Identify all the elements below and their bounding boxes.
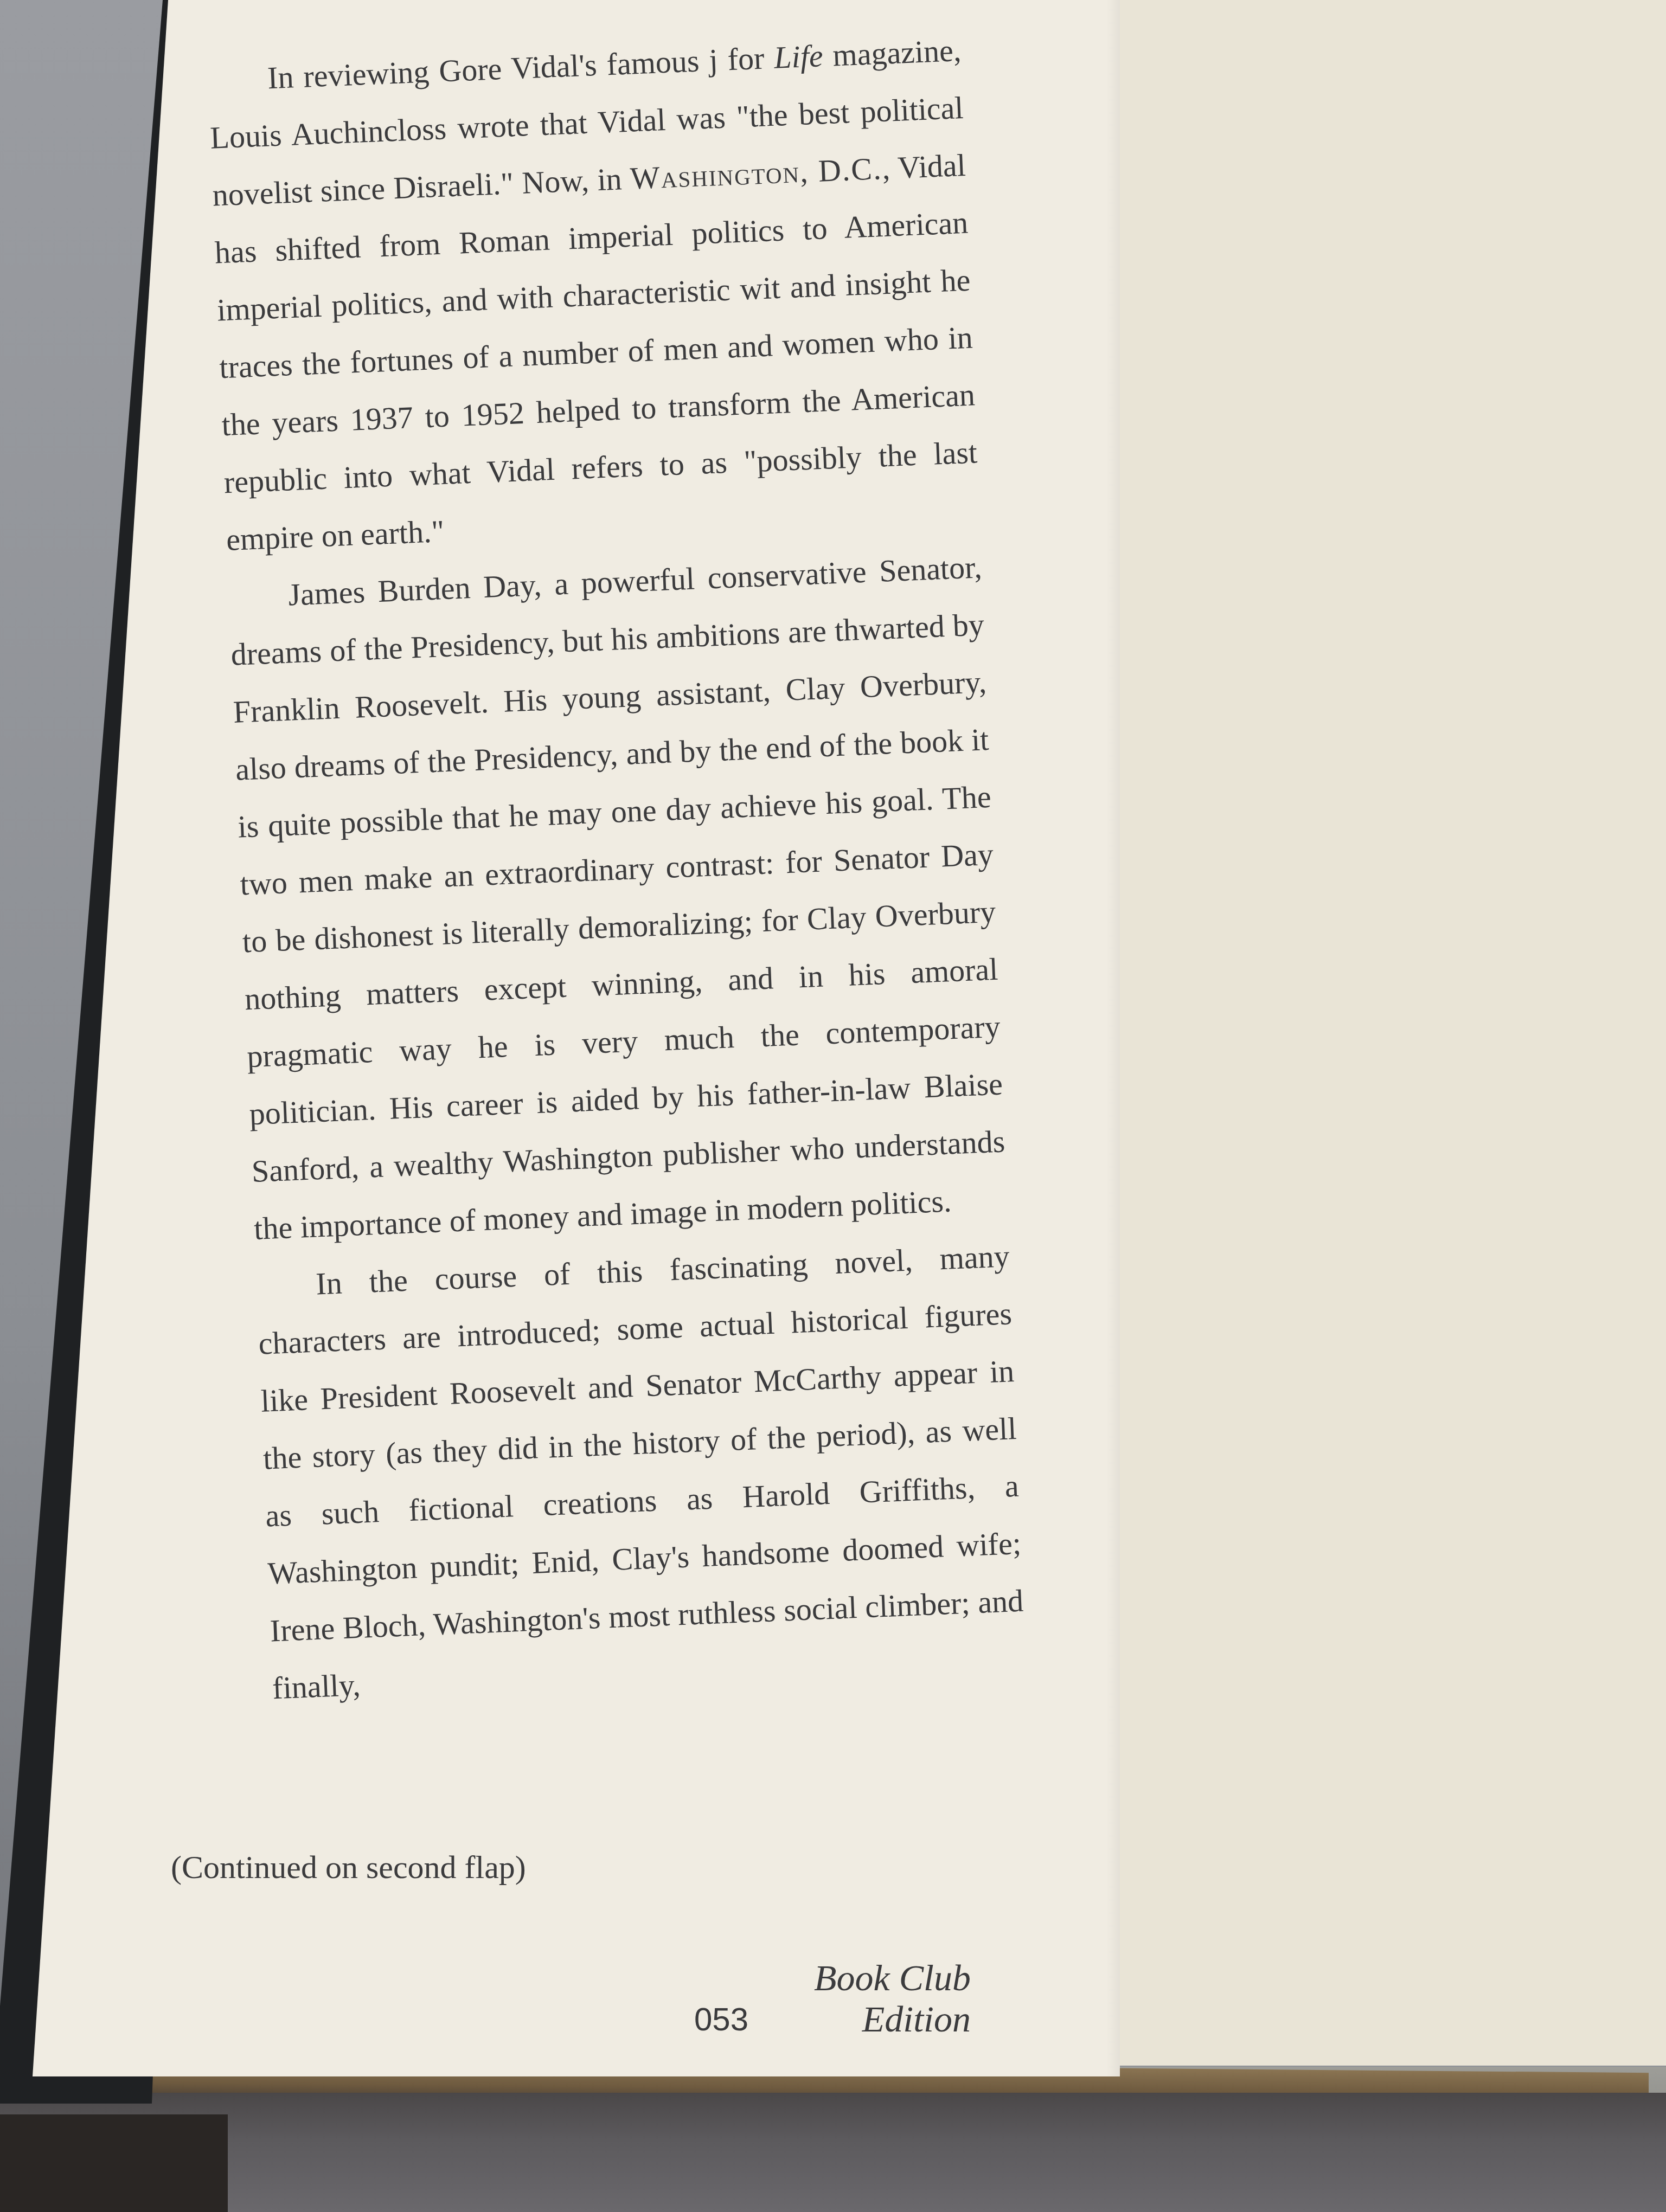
floor-surface xyxy=(0,2093,1666,2212)
book-club-line-1: Book Club xyxy=(689,1957,971,1998)
continued-note: (Continued on second flap) xyxy=(171,1849,526,1886)
text-segment: , Vidal has shifted from Roman imperial … xyxy=(214,147,978,557)
paragraph-3: In the course of this fascinating novel,… xyxy=(255,1227,1027,1717)
jacket-flap: In reviewing Gore Vidal's famous j for L… xyxy=(0,0,1120,2076)
text-segment: James Burden Day, a powerful conservativ… xyxy=(230,549,1005,1246)
paragraph-2: James Burden Day, a powerful conservativ… xyxy=(227,538,1008,1258)
text-segment: In the course of this fascinating novel,… xyxy=(258,1238,1024,1706)
flap-edge-shadow xyxy=(1106,0,1120,2076)
flap-body-text: In reviewing Gore Vidal's famous j for L… xyxy=(207,22,1027,1717)
floor-shadow xyxy=(0,2114,228,2212)
magazine-title: Life xyxy=(773,38,824,75)
text-segment: for xyxy=(717,40,774,78)
book-title: Washington, D.C. xyxy=(630,151,883,196)
edition-code: 053 xyxy=(694,2001,748,2038)
blank-right-page xyxy=(1085,0,1666,2066)
text-segment: In reviewing Gore Vidal's famous j xyxy=(267,42,719,95)
paragraph-1: In reviewing Gore Vidal's famous j for L… xyxy=(207,22,981,569)
